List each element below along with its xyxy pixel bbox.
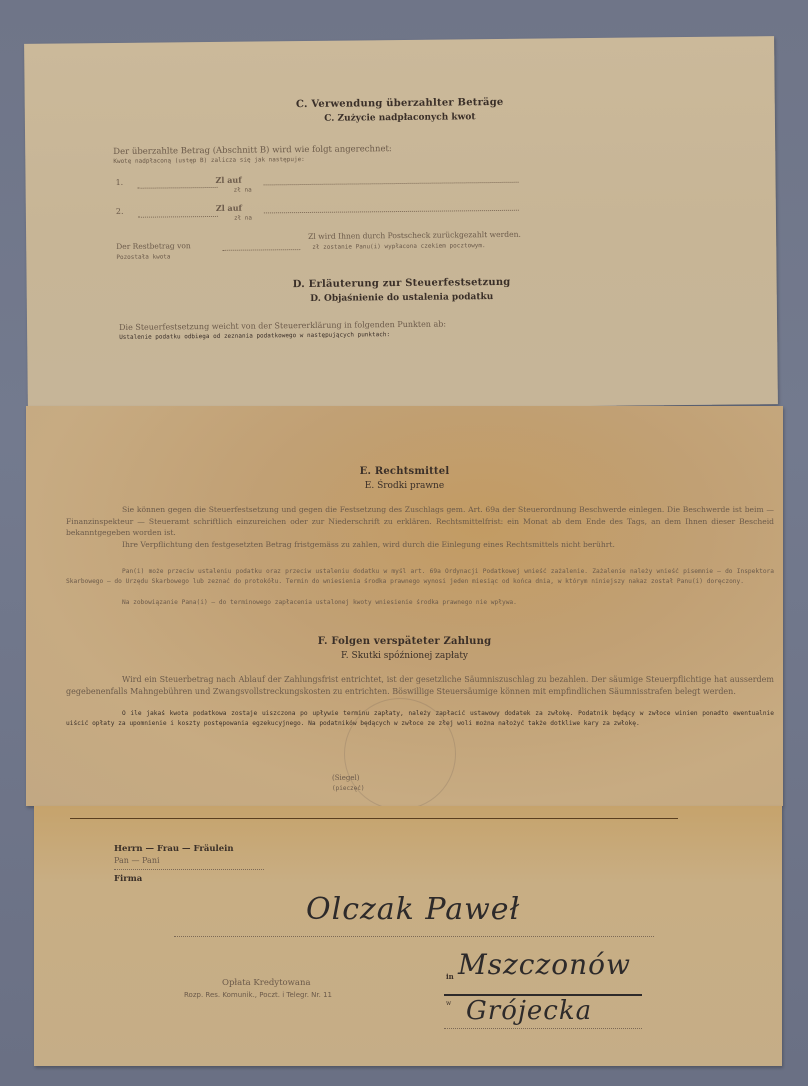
w-label: w	[446, 1000, 451, 1007]
section-c-intro-pl: Kwotę nadpłaconą (ustęp B) zalicza się j…	[113, 156, 305, 165]
salutation-pl: Pan — Pani	[114, 856, 160, 865]
section-d-text-de: Die Steuerfestsetzung weicht von der Ste…	[119, 320, 446, 332]
section-e-para1-pl: Pan(i) może przeciw ustaleniu podatku or…	[66, 567, 774, 587]
row-2-target-field	[264, 210, 519, 214]
section-e-title-pl: E. Środki prawne	[26, 481, 783, 491]
rest-amount-field	[222, 249, 300, 251]
section-f-title-de: F. Folgen verspäteter Zahlung	[26, 636, 783, 647]
rest-label-pl: Pozostała kwota	[116, 253, 170, 261]
row-2-amount-field	[138, 216, 218, 218]
section-f-para-de: Wird ein Steuerbetrag nach Ablauf der Za…	[66, 674, 774, 697]
row-1-target-field	[264, 182, 519, 186]
firm-label: Firma	[114, 874, 142, 884]
seal-label-de: (Siegel)	[332, 774, 360, 782]
row-1-label-de: Zl auf	[215, 175, 241, 185]
row-1-number: 1.	[116, 178, 124, 187]
row-2-label-de: Zl auf	[216, 203, 242, 213]
district-line	[444, 1028, 642, 1029]
separator-line	[70, 818, 678, 819]
section-e-para1-de: Sie können gegen die Steuerfestsetzung u…	[66, 504, 774, 539]
document-panel-top: C. Verwendung überzahlter Beträge C. Zuż…	[24, 36, 778, 412]
document-panel-bottom: Herrn — Frau — Fräulein Pan — Pani Firma…	[34, 806, 782, 1066]
salutation-de: Herrn — Frau — Fräulein	[114, 844, 234, 854]
place-handwritten: Mszczonów	[458, 948, 631, 981]
rest-label-de: Der Restbetrag von	[116, 241, 191, 251]
name-line	[174, 936, 654, 937]
section-c-intro-de: Der überzahlte Betrag (Abschnitt B) wird…	[113, 144, 392, 157]
postage-reference: Rozp. Res. Komunik., Poczt. i Telegr. Nr…	[184, 991, 332, 999]
postage-title: Opłata Kredytowana	[222, 978, 311, 988]
document-panel-middle: E. Rechtsmittel E. Środki prawne Sie kön…	[26, 406, 783, 806]
row-2-number: 2.	[116, 207, 124, 216]
row-1-amount-field	[138, 187, 218, 189]
in-label: in	[446, 972, 454, 981]
rest-tail-de: Zl wird Ihnen durch Postscheck zurückgez…	[308, 230, 521, 241]
section-e-para2-pl: Na zobowiązanie Pana(i) — do terminowego…	[66, 598, 774, 608]
section-d-text-pl: Ustalenie podatku odbiega od zeznania po…	[119, 331, 390, 341]
rest-tail-pl: zł zostanie Panu(i) wypłacona czekiem po…	[312, 242, 485, 251]
recipient-name-handwritten: Olczak Paweł	[306, 892, 520, 927]
salutation-rule	[114, 869, 264, 870]
row-2-label-pl: zł na	[234, 215, 252, 222]
row-1-label-pl: zł na	[234, 187, 252, 194]
section-f-title-pl: F. Skutki spóźnionej zapłaty	[26, 651, 783, 661]
section-e-title-de: E. Rechtsmittel	[26, 466, 783, 477]
seal-imprint	[344, 698, 456, 810]
seal-label-pl: (pieczęć)	[332, 785, 365, 792]
district-handwritten: Grójecka	[466, 996, 592, 1026]
section-e-para2-de: Ihre Verpflichtung den festgesetzten Bet…	[66, 539, 774, 551]
